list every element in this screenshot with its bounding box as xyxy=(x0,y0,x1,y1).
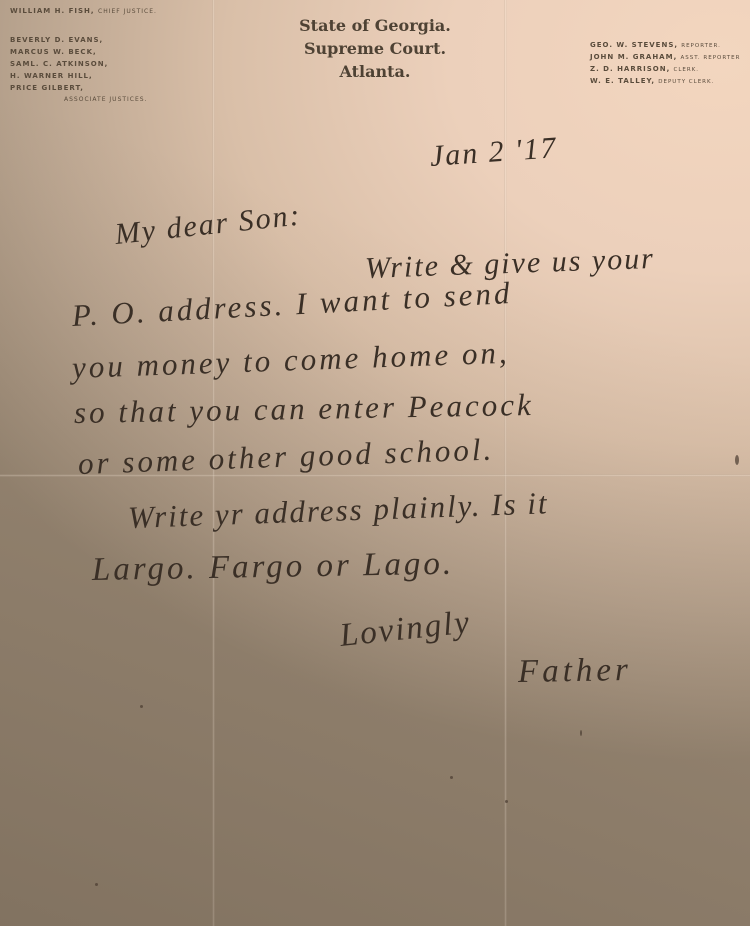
associate-justice: Marcus W. Beck, xyxy=(10,46,157,58)
chief-justice-role: Chief Justice. xyxy=(98,8,157,15)
staff-entry: W. E. Talley, Deputy Clerk. xyxy=(590,76,740,88)
letter-closing: Lovingly xyxy=(338,604,473,655)
staff-entry: Z. D. Harrison, Clerk. xyxy=(590,64,740,76)
letter-salutation: My dear Son: xyxy=(113,199,303,252)
letter-body-line: so that you can enter Peacock xyxy=(74,387,534,431)
staff-entry: John M. Graham, Asst. Reporter xyxy=(590,52,740,64)
letter-body-line: Write yr address plainly. Is it xyxy=(127,485,549,536)
letterhead-justices: William H. Fish, Chief Justice. Beverly … xyxy=(10,5,157,106)
title-line-state: State of Georgia. xyxy=(270,14,480,37)
letterhead-title: State of Georgia. Supreme Court. Atlanta… xyxy=(270,14,480,83)
chief-justice: William H. Fish, Chief Justice. xyxy=(10,5,157,18)
associate-justice: H. Warner Hill, xyxy=(10,70,157,82)
ink-speck xyxy=(95,883,98,886)
ink-speck xyxy=(450,776,453,779)
associate-justice: Beverly D. Evans, xyxy=(10,34,157,46)
letter-body-line: you money to come home on, xyxy=(71,335,510,386)
letter-body-line: P. O. address. I want to send xyxy=(71,275,513,334)
letter-date: Jan 2 '17 xyxy=(429,131,559,174)
letter-photo: William H. Fish, Chief Justice. Beverly … xyxy=(0,0,750,926)
ink-speck xyxy=(140,705,143,708)
chief-justice-name: William H. Fish, xyxy=(10,7,95,15)
associate-justices-label: Associate Justices. xyxy=(64,94,157,106)
ink-speck xyxy=(735,455,739,465)
title-line-city: Atlanta. xyxy=(270,60,480,83)
letterhead-staff: Geo. W. Stevens, Reporter. John M. Graha… xyxy=(590,40,740,88)
ink-speck xyxy=(505,800,508,803)
letter-signature: Father xyxy=(518,652,632,691)
associate-justice: Price Gilbert, xyxy=(10,82,157,94)
staff-entry: Geo. W. Stevens, Reporter. xyxy=(590,40,740,52)
ink-speck xyxy=(580,730,582,736)
title-line-court: Supreme Court. xyxy=(270,37,480,60)
associate-justice: Saml. C. Atkinson, xyxy=(10,58,157,70)
letter-body-line: Largo. Fargo or Lago. xyxy=(92,546,455,589)
